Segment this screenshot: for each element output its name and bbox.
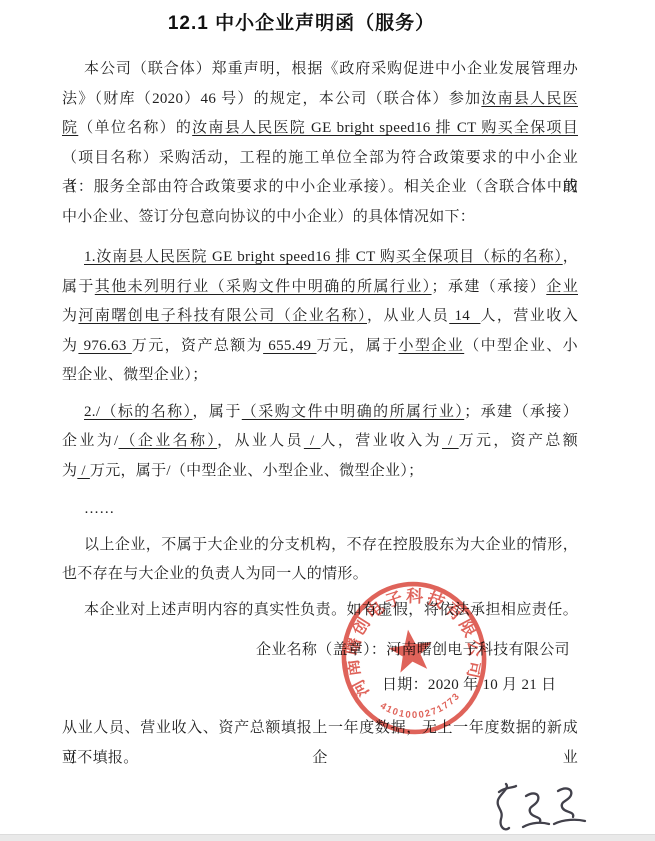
doc-line: …… <box>62 495 578 525</box>
underlined-text: 汝南县人民医院 GE bright speed16 排 CT 购买全保项目 <box>192 120 578 136</box>
paragraph-p6: 从业人员、营业收入、资产总额填报上一年度数据，无上一年度数据的新成立企业可不填报… <box>62 714 578 773</box>
text-segment: 法》（财库（2020）46 号）的规定，本公司（联合体）参加 <box>62 91 481 107</box>
doc-line: 从业人员、营业收入、资产总额填报上一年度数据，无上一年度数据的新成立企业 <box>62 714 578 744</box>
paragraph-p5: 本企业对上述声明内容的真实性负责。如有虚假，将依法承担相应责任。 <box>62 596 578 626</box>
document-title: 12.1 中小企业声明函（服务） <box>0 8 655 35</box>
paragraph-p4: 以上企业，不属于大企业的分支机构，不存在控股股东为大企业的情形，也不存在与大企业… <box>62 531 578 590</box>
underlined-text: 976.63 <box>78 338 131 354</box>
text-segment: …… <box>84 501 115 517</box>
text-segment: ， <box>563 249 578 265</box>
text-segment: （中型企业、小 <box>464 338 578 354</box>
underlined-text: 1.汝南县人民医院 GE bright speed16 排 CT 购买全保项目（… <box>84 249 563 265</box>
underlined-text: 655.49 <box>263 338 316 354</box>
underlined-text: 河南曙创电子科技有限公司（企业名称） <box>78 308 367 324</box>
doc-line: 日期：2020 年 10 月 21 日 <box>382 671 578 701</box>
doc-line: 以上企业，不属于大企业的分支机构，不存在控股股东为大企业的情形， <box>62 531 578 561</box>
doc-line: 为 / 万元，属于/（中型企业、小型企业、微型企业）； <box>62 457 578 487</box>
text-segment: 属于 <box>62 279 95 295</box>
text-segment: 以上企业，不属于大企业的分支机构，不存在控股股东为大企业的情形， <box>84 537 578 553</box>
text-segment: 万元，资产总额为 <box>132 338 263 354</box>
doc-line: 1.汝南县人民医院 GE bright speed16 排 CT 购买全保项目（… <box>62 243 578 273</box>
text-segment: 日期：2020 年 10 月 21 日 <box>382 677 556 693</box>
page-bottom-edge <box>0 834 655 841</box>
handwritten-signature <box>492 778 592 838</box>
text-segment: ；承建（承接） <box>432 279 547 295</box>
text-segment: 为 <box>62 308 78 324</box>
text-segment: ；承建（承接） <box>464 404 578 420</box>
underlined-text: 企业 <box>546 279 578 295</box>
doc-line: 中小企业、签订分包意向协议的中小企业）的具体情况如下： <box>62 203 578 233</box>
text-segment: 为 <box>62 338 78 354</box>
text-segment: 为 <box>62 463 77 479</box>
text-segment: 万元，属于 <box>316 338 398 354</box>
text-segment: 本公司（联合体）郑重声明，根据《政府采购促进中小企业发展管理办 <box>84 61 578 77</box>
doc-line: 法》（财库（2020）46 号）的规定，本公司（联合体）参加汝南县人民医 <box>62 85 578 115</box>
text-segment: 企业为/ <box>62 433 119 449</box>
text-segment: 可不填报。 <box>62 750 139 766</box>
text-segment: 万元，属于/（中型企业、小型企业、微型企业）； <box>90 463 424 479</box>
underlined-text: 小型企业 <box>399 338 465 354</box>
doc-line: 型企业、微型企业）； <box>62 361 578 391</box>
paragraph-sig-date: 日期：2020 年 10 月 21 日 <box>382 671 578 701</box>
underlined-text: / <box>77 463 90 479</box>
doc-line: 院（单位名称）的汝南县人民医院 GE bright speed16 排 CT 购… <box>62 114 578 144</box>
text-segment: 从业人员、营业收入、资产总额填报上一年度数据，无上一年度数据的新成立企业 <box>62 720 578 766</box>
doc-line: 2./（标的名称），属于（采购文件中明确的所属行业）；承建（承接） <box>62 398 578 428</box>
text-segment: ，从业人员 <box>217 433 304 449</box>
underlined-text: / <box>442 433 459 449</box>
text-segment: 万元，资产总额 <box>459 433 578 449</box>
text-segment: 本企业对上述声明内容的真实性负责。如有虚假，将依法承担相应责任。 <box>84 602 578 618</box>
underlined-text: 14 <box>449 308 480 324</box>
doc-line: 属于其他未列明行业（采购文件中明确的所属行业）；承建（承接）企业 <box>62 273 578 303</box>
text-segment: 人，营业收入为 <box>321 433 442 449</box>
underlined-text: 院 <box>62 120 78 136</box>
text-segment: 中小企业、签订分包意向协议的中小企业）的具体情况如下： <box>62 209 475 225</box>
doc-line: 也不存在与大企业的负责人为同一人的情形。 <box>62 560 578 590</box>
doc-line: 本公司（联合体）郑重声明，根据《政府采购促进中小企业发展管理办 <box>62 55 578 85</box>
text-segment: 人，营业收入 <box>480 308 578 324</box>
underlined-text: / <box>304 433 321 449</box>
paragraph-p2: 1.汝南县人民医院 GE bright speed16 排 CT 购买全保项目（… <box>62 243 578 391</box>
doc-line: 企业名称（盖章）：河南曙创电子科技有限公司 <box>256 636 578 666</box>
doc-line: 企业为/（企业名称），从业人员 / 人，营业收入为 / 万元，资产总额 <box>62 427 578 457</box>
underlined-text: 汝南县人民医 <box>481 91 578 107</box>
document-body: 本公司（联合体）郑重声明，根据《政府采购促进中小企业发展管理办法》（财库（202… <box>62 55 578 773</box>
document-page: 12.1 中小企业声明函（服务） 本公司（联合体）郑重声明，根据《政府采购促进中… <box>0 0 655 841</box>
text-segment: 者：服务全部由符合政策要求的中小企业承接）。相关企业（含联合体中的 <box>62 179 578 195</box>
underlined-text: 2./（标的名称） <box>84 404 192 420</box>
text-segment: ，从业人员 <box>367 308 449 324</box>
underlined-text: （采购文件中明确的所属行业） <box>242 404 464 420</box>
paragraph-p1: 本公司（联合体）郑重声明，根据《政府采购促进中小企业发展管理办法》（财库（202… <box>62 55 578 232</box>
text-segment: 企业名称（盖章）：河南曙创电子科技有限公司 <box>256 642 570 658</box>
doc-line: 为 976.63 万元，资产总额为 655.49 万元，属于小型企业（中型企业、… <box>62 332 578 362</box>
text-segment: ，属于 <box>192 404 241 420</box>
doc-line: （项目名称）采购活动，工程的施工单位全部为符合政策要求的中小企业（或 <box>62 144 578 174</box>
paragraph-dots: …… <box>62 495 578 525</box>
doc-line: 本企业对上述声明内容的真实性负责。如有虚假，将依法承担相应责任。 <box>62 596 578 626</box>
doc-line: 者：服务全部由符合政策要求的中小企业承接）。相关企业（含联合体中的 <box>62 173 578 203</box>
paragraph-sig-name: 企业名称（盖章）：河南曙创电子科技有限公司 <box>256 636 578 666</box>
underlined-text: （企业名称） <box>119 433 218 449</box>
text-segment: （单位名称）的 <box>78 120 192 136</box>
paragraph-p3: 2./（标的名称），属于（采购文件中明确的所属行业）；承建（承接）企业为/（企业… <box>62 398 578 487</box>
underlined-text: 其他未列明行业（采购文件中明确的所属行业） <box>95 279 432 295</box>
text-segment: 型企业、微型企业）； <box>62 367 208 383</box>
doc-line: 为河南曙创电子科技有限公司（企业名称），从业人员 14 人，营业收入 <box>62 302 578 332</box>
text-segment: 也不存在与大企业的负责人为同一人的情形。 <box>62 566 368 582</box>
